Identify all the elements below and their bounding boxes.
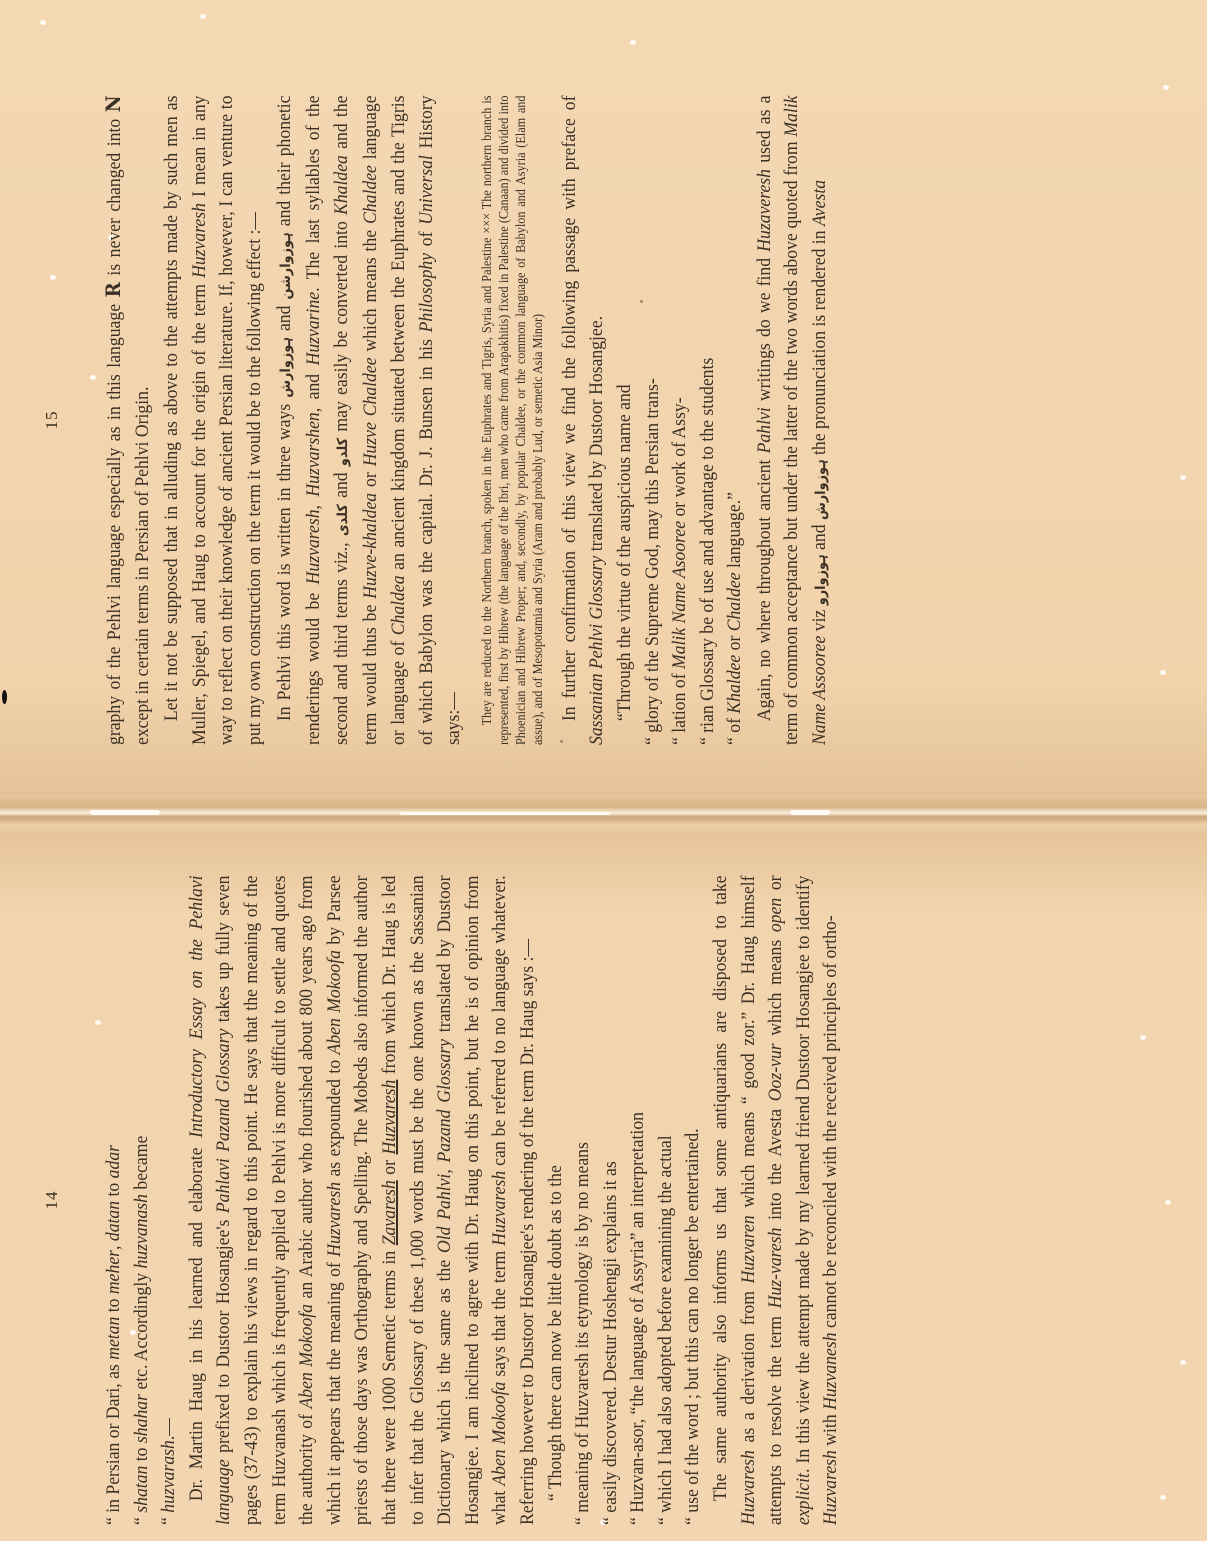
page-number: 14	[42, 875, 62, 1525]
paragraph: Dr. Martin Haug in his learned and elabo…	[183, 875, 542, 1525]
paper-hole	[1163, 85, 1169, 90]
text-run: prefixed to Dustoor Hosangjee's	[213, 1213, 234, 1459]
italic-text: adar	[103, 1145, 124, 1178]
text-run: into the Avesta	[765, 1101, 786, 1227]
text-line: “ Though there can now be little doubt a…	[542, 875, 570, 1525]
text-run: “ of	[724, 714, 745, 745]
italic-text: Huzvaresh	[189, 203, 210, 278]
italic-text: Huzvaresh	[489, 1171, 510, 1246]
page-15: 15 graphy of the Pehlvi language especia…	[100, 95, 1080, 745]
italic-text: Avesta	[809, 180, 830, 226]
text-run: cannot be reconciled with the received p…	[820, 915, 841, 1332]
italic-text: Philosophy	[416, 253, 437, 332]
text-run: Dr. Martin Haug in his learned and elabo…	[186, 1138, 207, 1501]
page-15-body: graphy of the Pehlvi language especially…	[100, 95, 836, 745]
italic-text: datan	[103, 1201, 124, 1241]
italic-text: Old Pahlvi, Pazand Glossary	[434, 1039, 455, 1253]
italic-text: Huzvaresh	[738, 1450, 759, 1525]
text-run: language.”	[724, 492, 745, 572]
text-run: N	[101, 95, 125, 112]
text-run: to	[131, 1443, 152, 1466]
text-run: may easily be converted into	[331, 215, 352, 438]
italic-text: Chaldee	[724, 572, 745, 631]
italic-text: explicit	[793, 1473, 814, 1525]
text-run: R	[101, 282, 125, 297]
text-line: “ in Persian or Dari, as metan to meher,…	[100, 875, 128, 1525]
italic-text: Ooz-vur	[765, 1043, 786, 1101]
italic-text: Pahlavi Pazand Glossary	[213, 1029, 234, 1213]
text-run: with	[820, 1410, 841, 1450]
text-run: In Pehlvi this word is written in three …	[274, 398, 295, 721]
text-run: which means the	[360, 224, 381, 357]
page-14-body: “ in Persian or Dari, as metan to meher,…	[100, 875, 845, 1525]
pehlvi-script: ہوزوارو	[813, 554, 829, 605]
text-run: “	[131, 1513, 152, 1525]
paragraph: Let it not be supposed that in alluding …	[158, 95, 268, 745]
paragraph: In further confirmation of this view we …	[556, 95, 611, 745]
spine-tear	[90, 810, 160, 815]
pehlvi-script: ہوزوارشن	[278, 232, 294, 299]
italic-text: Khaldea	[331, 155, 352, 215]
text-run: says that the term	[489, 1246, 510, 1382]
pehlvi-script: کلدی	[335, 504, 351, 536]
text-line: “ rian Glossary be of use and advantage …	[694, 95, 722, 745]
italic-text: huzvarash	[158, 1440, 179, 1513]
italic-text: Huzve-khaldea	[360, 493, 381, 599]
text-run: or	[360, 466, 381, 493]
text-run: as expounded to	[324, 1054, 345, 1182]
italic-text: Aben Mokoofa	[296, 1304, 317, 1409]
text-line: “ Huzvan-asor, “the language of Assyria”…	[624, 875, 652, 1525]
text-run: or work of Assy-	[669, 397, 690, 521]
text-line: “ meaning of Huzvaresh its etymology is …	[569, 875, 597, 1525]
italic-text: Zavaresh	[379, 1180, 400, 1245]
text-line: “ easily discovered. Destur Hoshengji ex…	[597, 875, 625, 1525]
text-line: “ glory of the Supreme God, may this Per…	[639, 95, 667, 745]
page-14: 14 “ in Persian or Dari, as metan to meh…	[100, 875, 1080, 1525]
paper-hole	[1180, 1360, 1186, 1365]
text-run: etc. Accordingly	[131, 1269, 152, 1394]
italic-text: Universal	[416, 155, 437, 225]
italic-text: Huzvaresh	[324, 1182, 345, 1257]
paper-hole	[1160, 1495, 1166, 1500]
page-number: 15	[42, 95, 62, 745]
text-line: “ of Khaldee or Chaldee language.”	[721, 95, 749, 745]
text-line: “ shatan to shahar etc. Accordingly huzv…	[128, 875, 156, 1525]
quotation: “ Though there can now be little doubt a…	[542, 875, 708, 1525]
italic-text: Huzvaresh	[303, 509, 324, 584]
italic-text: Huzvarshen	[303, 412, 324, 496]
text-run: as a derivation from	[738, 1283, 759, 1450]
italic-text: shahar	[131, 1394, 152, 1443]
paper-hole	[200, 14, 206, 19]
paper-hole	[1160, 670, 1166, 675]
italic-text: Malik Name Asooree	[669, 521, 690, 669]
text-run: to	[103, 1178, 124, 1201]
paper-hole	[40, 20, 46, 25]
text-line: “ huzvarash.—	[155, 875, 183, 1525]
text-run: or	[379, 1154, 400, 1180]
text-run: Again, no where throughout ancient	[754, 453, 775, 721]
text-run: writings do we find	[754, 252, 775, 408]
text-run: “ in Persian or Dari, as	[103, 1360, 124, 1525]
text-line: “Through the virtue of the auspicious na…	[611, 95, 639, 745]
text-run: and	[809, 520, 830, 554]
text-run: , and	[303, 365, 324, 412]
paragraph: In Pehlvi this word is written in three …	[271, 95, 468, 745]
pehlvi-script: ہوزوارش	[813, 459, 829, 520]
book-spine-fold	[0, 795, 1207, 835]
spine-tear	[400, 812, 610, 815]
italic-text: meher	[103, 1250, 124, 1294]
italic-text: open	[765, 898, 786, 932]
text-run: or	[724, 631, 745, 655]
paragraph: Again, no where throughout ancient Pahlv…	[751, 95, 836, 745]
text-run: viz	[809, 605, 830, 635]
italic-text: Huzvarine	[303, 292, 324, 366]
pehlvi-script: کلدو	[335, 438, 351, 466]
italic-text: Chaldea	[388, 575, 409, 635]
italic-text: Khaldee	[724, 655, 745, 714]
text-run: ,	[103, 1241, 124, 1250]
italic-text: Huzaveresh	[754, 169, 775, 252]
text-run: translated by Dustoor Hosangjee.	[586, 316, 607, 556]
text-run: which means	[765, 932, 786, 1043]
text-run: the pronunciation is rendered in	[809, 226, 830, 459]
block-quote-small: They are reduced to the Northern branch,…	[478, 95, 546, 745]
italic-text: Huzvaresh	[379, 1080, 400, 1155]
spine-tear	[790, 810, 830, 815]
italic-text: Huzvaresh	[820, 1450, 841, 1525]
italic-text: Huzvanesh	[820, 1332, 841, 1409]
quotation: “Through the virtue of the auspicious na…	[611, 95, 749, 745]
italic-text: Sassanian Pehlvi Glossary	[586, 556, 607, 745]
text-run: “	[158, 1513, 179, 1525]
italic-text: Pahlvi	[754, 407, 775, 453]
italic-text: Aben Mokoofa	[324, 950, 345, 1054]
text-run: graphy of the Pehlvi language especially…	[104, 297, 125, 745]
italic-text: Huz-varesh	[765, 1228, 786, 1309]
text-run: .—	[158, 1418, 179, 1440]
italic-text: shatan	[131, 1466, 152, 1513]
italic-text: Aben Mokoofa	[489, 1382, 510, 1486]
text-run: “ lation of	[669, 669, 690, 745]
italic-text: Chaldee	[360, 165, 381, 224]
paper-hole	[630, 40, 636, 45]
text-line: “ use of the word ; but this can no long…	[679, 875, 707, 1525]
text-run: and	[274, 299, 295, 337]
italic-text: huzvanash	[131, 1194, 152, 1269]
text-run: became	[131, 1136, 152, 1194]
text-run: except in certain terms in Persian of Pe…	[132, 387, 153, 745]
text-line: “ which I had also adopted before examin…	[652, 875, 680, 1525]
text-run: The same authority also informs us that …	[710, 875, 731, 1501]
text-line: They are reduced to the Northern branch,…	[478, 95, 546, 745]
text-run: ,	[303, 497, 324, 510]
paper-hole	[1180, 475, 1186, 480]
text-run: In further confirmation of this view we …	[559, 95, 580, 721]
paper-hole	[90, 375, 96, 380]
italic-text: metan	[103, 1317, 124, 1360]
text-run: to	[103, 1294, 124, 1317]
italic-text: Huzvaren	[738, 1215, 759, 1283]
text-run: or	[765, 875, 786, 897]
scan-mark	[2, 690, 7, 704]
italic-text: Huzve Chaldee	[360, 357, 381, 466]
quotation: “ in Persian or Dari, as metan to meher,…	[100, 875, 183, 1525]
text-run: and	[331, 466, 352, 504]
text-line: “ lation of Malik Name Asooree or work o…	[666, 95, 694, 745]
text-run: . In this view the attempt made by my le…	[793, 875, 814, 1473]
paper-hole	[1165, 1200, 1171, 1205]
text-run: of	[416, 225, 437, 253]
paragraph: graphy of the Pehlvi language especially…	[100, 95, 156, 745]
paper-hole	[1140, 1035, 1146, 1040]
text-run: is never changed into	[104, 112, 125, 282]
paragraph: The same authority also informs us that …	[707, 875, 845, 1525]
pehlvi-script: ہوزوارش	[278, 337, 294, 398]
